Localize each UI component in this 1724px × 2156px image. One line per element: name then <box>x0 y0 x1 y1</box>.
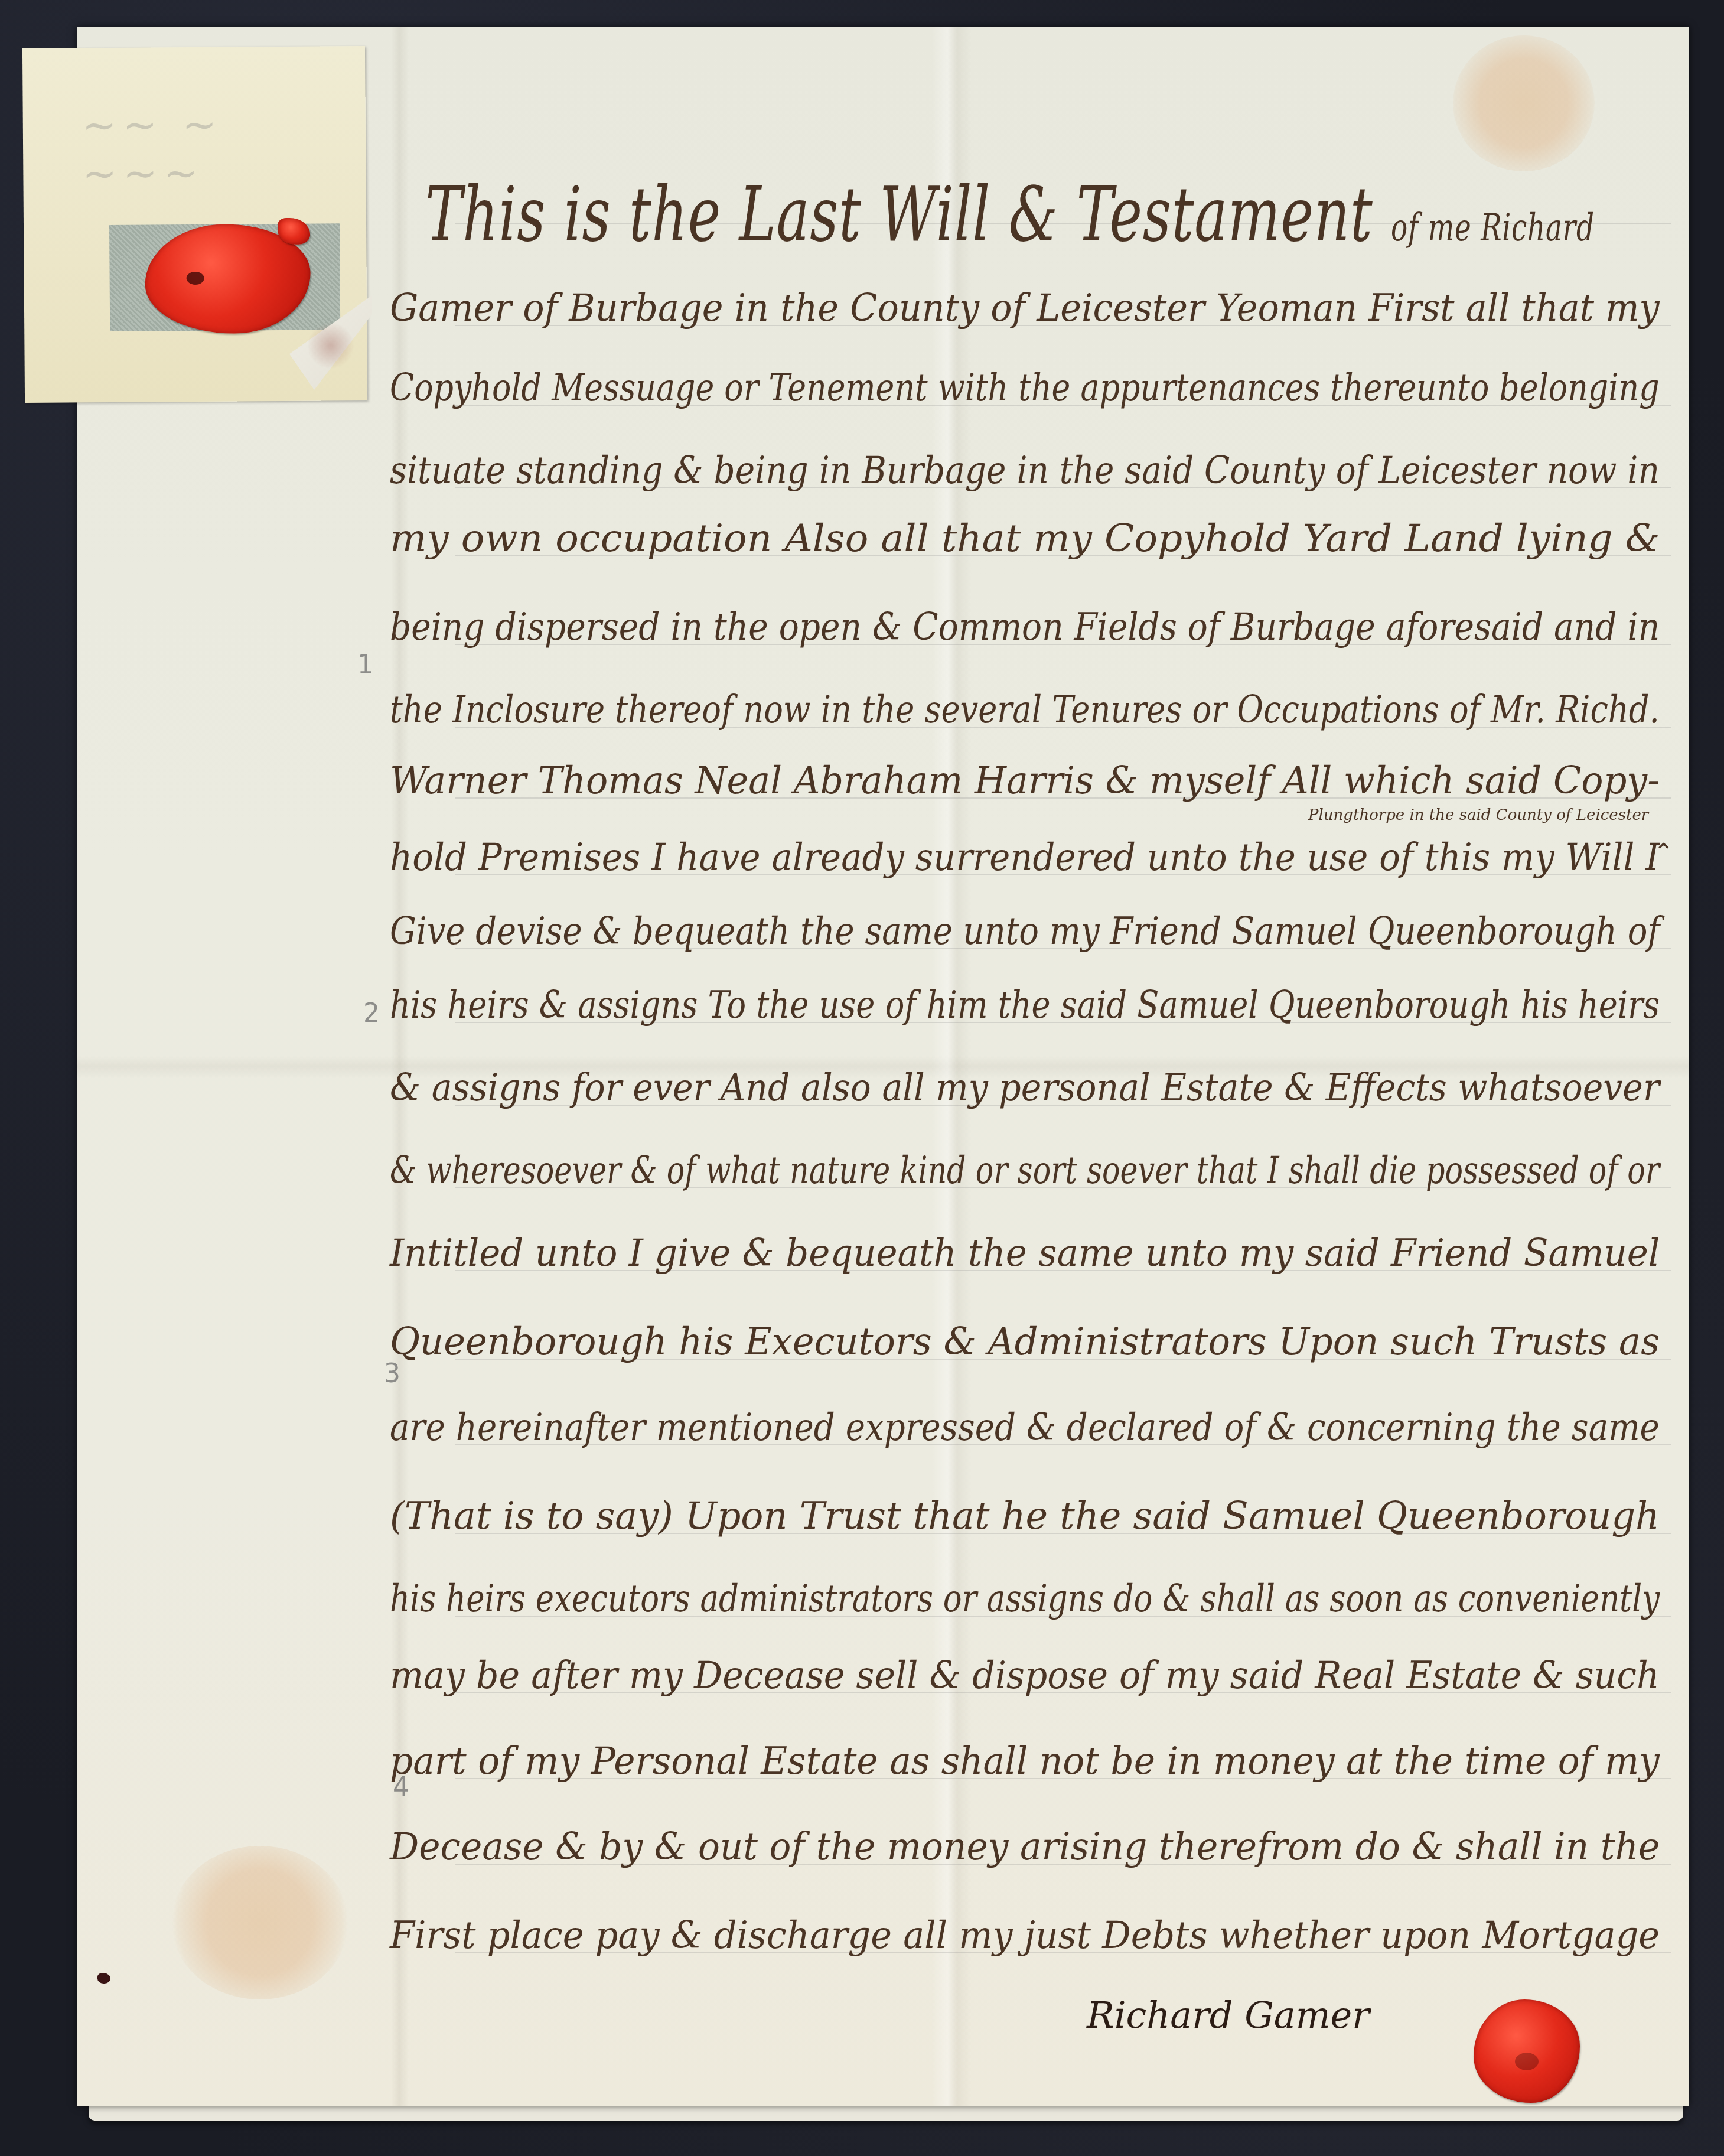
ink-blot <box>97 1973 110 1984</box>
signature: Richard Gamer <box>1087 1994 1370 2037</box>
text-line: hold Premises I have already surrendered… <box>390 839 1660 877</box>
text-line: Warner Thomas Neal Abraham Harris & myse… <box>390 762 1660 800</box>
text-line: Copyhold Messuage or Tenement with the a… <box>390 369 1660 407</box>
text-line: are hereinafter mentioned expressed & de… <box>390 1409 1660 1447</box>
text-line: situate standing & being in Burbage in t… <box>390 452 1660 490</box>
document-title-tail: of me Richard <box>1391 206 1595 250</box>
document-title-line: This is the Last Will & Testament of me … <box>425 177 1595 253</box>
text-line: & assigns for ever And also all my perso… <box>390 1069 1660 1107</box>
text-line: may be after my Decease sell & dispose o… <box>390 1657 1660 1695</box>
text-line: his heirs & assigns To the use of him th… <box>390 986 1660 1024</box>
text-line: & wheresoever & of what nature kind or s… <box>390 1152 1660 1190</box>
document-title: This is the Last Will & Testament <box>425 171 1373 259</box>
wax-seal-signature <box>1474 1999 1580 2103</box>
text-line: his heirs executors administrators or as… <box>390 1580 1660 1618</box>
margin-number: 4 <box>393 1772 409 1802</box>
text-line: Gamer of Burbage in the County of Leices… <box>390 289 1660 327</box>
bleed-through-text: ~~ ~ ~~~ <box>82 99 348 190</box>
margin-number: 1 <box>357 650 374 680</box>
wax-seal-mark <box>1515 2053 1539 2070</box>
text-line: being dispersed in the open & Common Fie… <box>390 608 1660 646</box>
text-line: Give devise & bequeath the same unto my … <box>390 913 1660 950</box>
text-line: my own occupation Also all that my Copyh… <box>390 520 1660 558</box>
text-line: First place pay & discharge all my just … <box>390 1917 1660 1955</box>
margin-number: 3 <box>384 1359 400 1389</box>
insertion-caret-icon: ⌃ <box>1654 839 1674 866</box>
wax-residue-stain-bottom <box>171 1846 348 1999</box>
text-line: Queenborough his Executors & Administrat… <box>390 1323 1660 1361</box>
text-line: part of my Personal Estate as shall not … <box>390 1743 1660 1780</box>
text-line: the Inclosure thereof now in the several… <box>390 691 1660 729</box>
interlinear-insertion: Plungthorpe in the said County of Leices… <box>1308 806 1648 824</box>
text-line: Intitled unto I give & bequeath the same… <box>390 1235 1660 1272</box>
text-line: (That is to say) Upon Trust that he the … <box>390 1497 1660 1535</box>
wax-residue-stain-top <box>1453 35 1595 171</box>
wax-seal-mark <box>187 272 204 285</box>
text-line: Decease & by & out of the money arising … <box>390 1828 1660 1866</box>
corner-stain <box>307 322 354 369</box>
margin-number: 2 <box>363 998 380 1028</box>
